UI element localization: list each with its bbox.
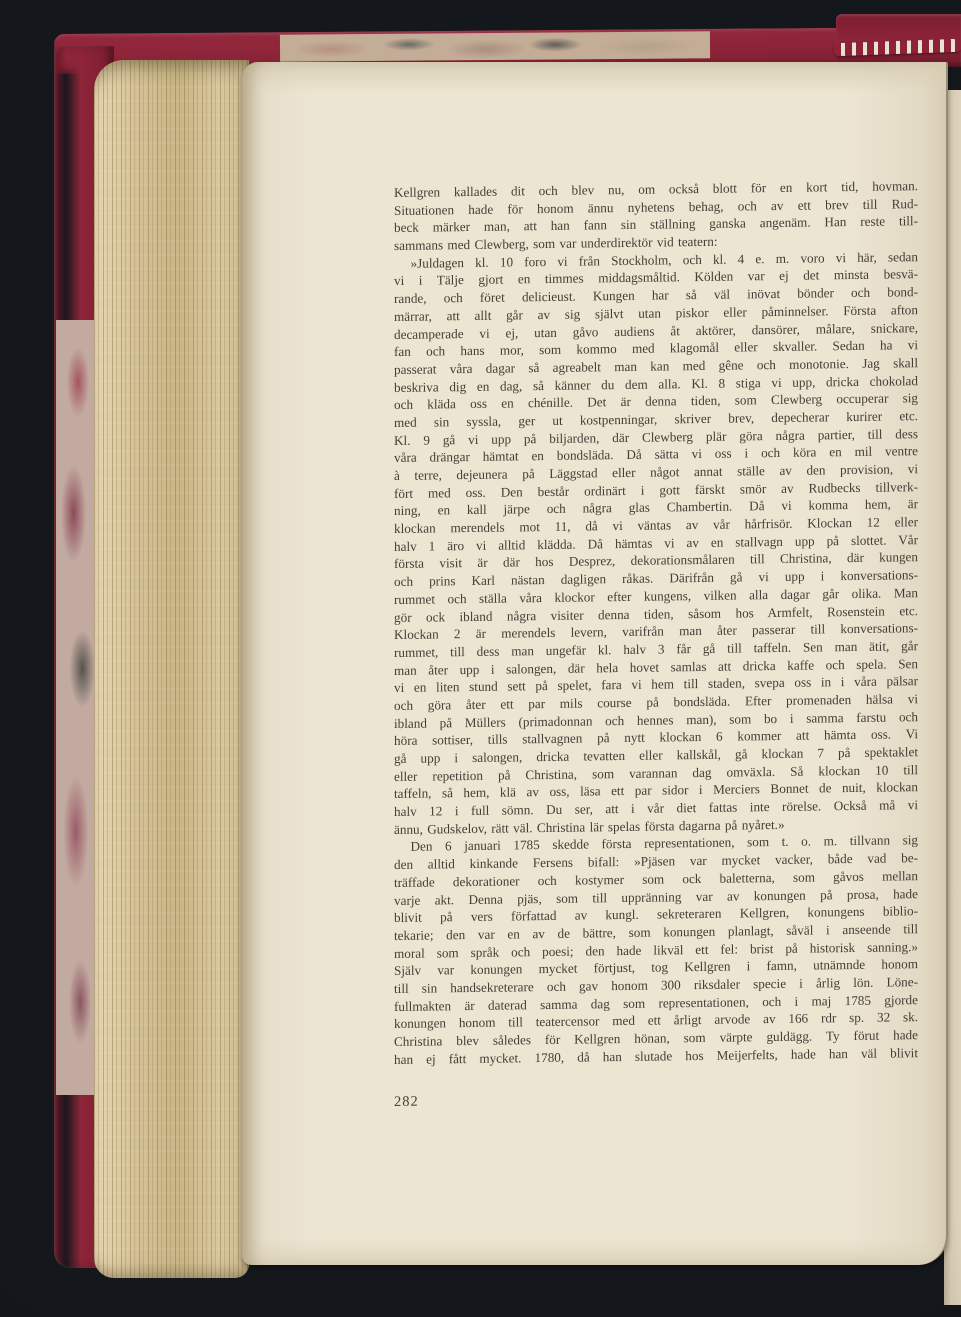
- book-scan-photo: Kellgren kallades dit och blev nu, om oc…: [0, 0, 961, 1317]
- fore-edge-pages: [94, 60, 249, 1278]
- page-text: Kellgren kallades dit och blev nu, om oc…: [394, 177, 918, 1112]
